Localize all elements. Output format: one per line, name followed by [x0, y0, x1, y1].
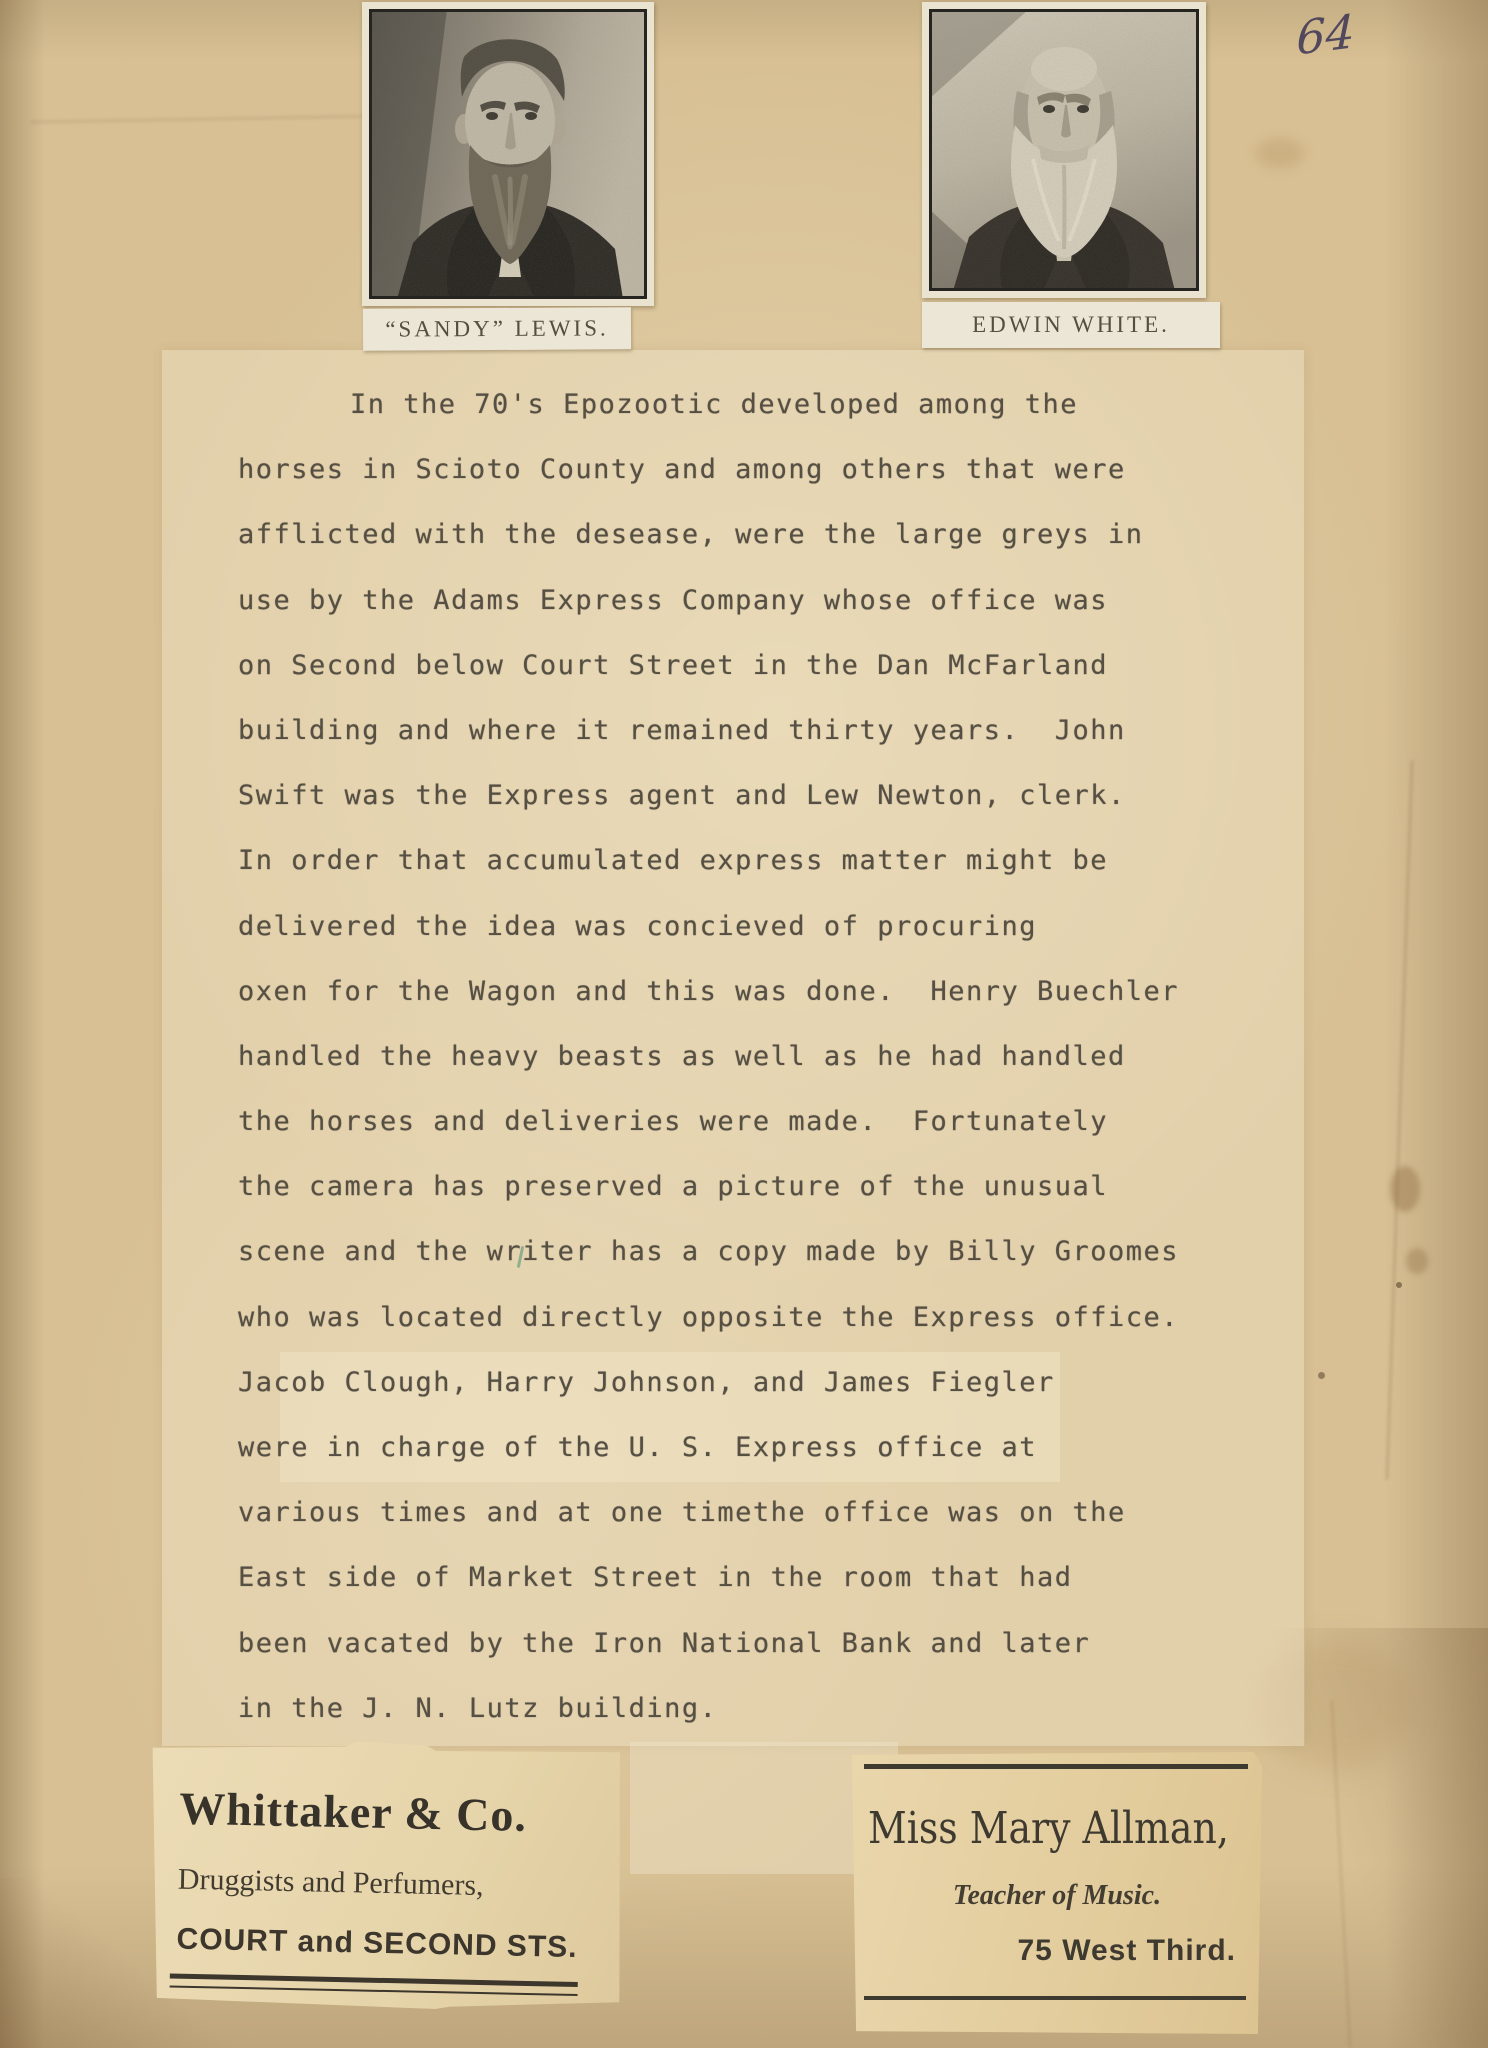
edwin-white-photo-art [929, 9, 1199, 291]
typed-line: In order that accumulated express matter… [238, 828, 1298, 893]
typed-line: various times and at one timethe office … [238, 1480, 1298, 1545]
typed-line: delivered the idea was concieved of proc… [238, 894, 1298, 959]
ad-whittaker: Whittaker & Co. Druggists and Perfumers,… [147, 1737, 624, 2013]
typed-line: oxen for the Wagon and this was done. He… [238, 959, 1298, 1024]
typed-line: afflicted with the desease, were the lar… [238, 502, 1298, 567]
portrait-photo-edwin-white [922, 2, 1206, 298]
caption-edwin-white: EDWIN WHITE. [922, 302, 1220, 348]
ad-allman-bottom-rule [864, 1996, 1246, 2000]
sandy-lewis-photo-art [369, 9, 647, 299]
ad-whittaker-rule [170, 1973, 578, 1996]
speck-2 [1318, 1372, 1325, 1379]
ad-allman-top-rule [864, 1764, 1248, 1769]
typed-line: were in charge of the U. S. Express offi… [238, 1415, 1298, 1480]
typed-line: building and where it remained thirty ye… [238, 698, 1298, 763]
ad-whittaker-address: COURT and SECOND STS. [176, 1923, 621, 1966]
typed-line: use by the Adams Express Company whose o… [238, 568, 1298, 633]
typed-line: the horses and deliveries were made. For… [238, 1089, 1298, 1154]
typed-paragraph: In the 70's Epozootic developed among th… [238, 372, 1298, 1741]
stain-right-2 [1406, 1248, 1428, 1274]
handwritten-page-number: 64 [1296, 0, 1416, 82]
ad-whittaker-tagline: Druggists and Perfumers, [178, 1863, 623, 1906]
ad-whittaker-name: Whittaker & Co. [179, 1782, 624, 1844]
typed-line: handled the heavy beasts as well as he h… [238, 1024, 1298, 1089]
stain-right-1 [1390, 1166, 1420, 1212]
typed-line: the camera has preserved a picture of th… [238, 1154, 1298, 1219]
ad-allman-name: Miss Mary Allman, [868, 1803, 1207, 1854]
speck-1 [1396, 1282, 1402, 1288]
typed-line: who was located directly opposite the Ex… [238, 1285, 1298, 1350]
caption-sandy-lewis: “SANDY” LEWIS. [363, 307, 631, 350]
typed-line: horses in Scioto County and among others… [238, 437, 1298, 502]
ad-allman: Miss Mary Allman, Teacher of Music. 75 W… [852, 1752, 1262, 2034]
typed-line: Swift was the Express agent and Lew Newt… [238, 763, 1298, 828]
stain-top-right [1256, 138, 1304, 168]
typed-line: East side of Market Street in the room t… [238, 1545, 1298, 1610]
scrapbook-page: 64 [0, 0, 1488, 2048]
typed-line: In the 70's Epozootic developed among th… [238, 372, 1298, 437]
typed-line: on Second below Court Street in the Dan … [238, 633, 1298, 698]
typed-line: Jacob Clough, Harry Johnson, and James F… [238, 1350, 1298, 1415]
typed-line: in the J. N. Lutz building. [238, 1676, 1298, 1741]
portrait-photo-sandy-lewis [362, 2, 654, 306]
ad-allman-title: Teacher of Music. [852, 1880, 1262, 1912]
ad-allman-address: 75 West Third. [852, 1934, 1236, 1968]
crease-top-left [30, 115, 390, 123]
typed-line: been vacated by the Iron National Bank a… [238, 1611, 1298, 1676]
typed-line: scene and the writer has a copy made by … [238, 1219, 1298, 1284]
crease-right-edge [1385, 760, 1413, 1480]
